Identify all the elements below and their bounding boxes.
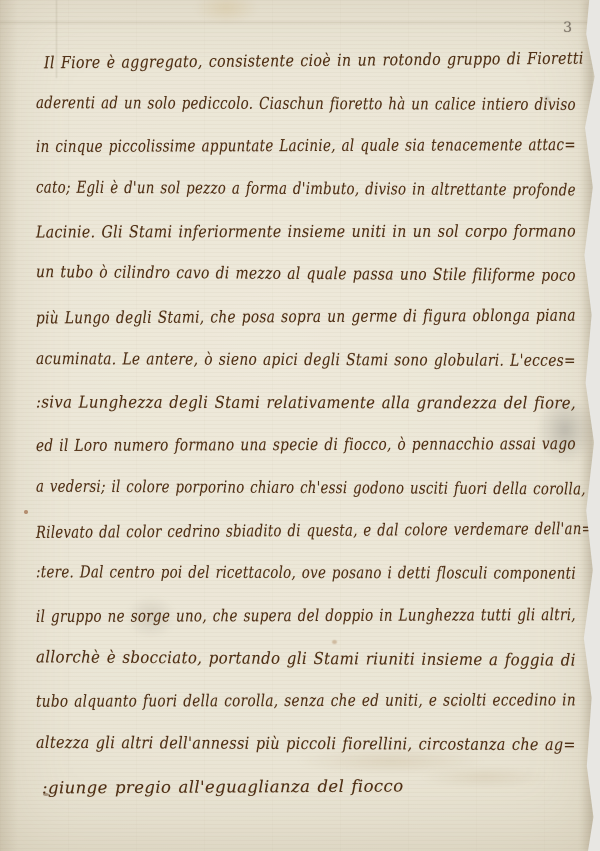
manuscript-line: il gruppo ne sorge uno, che supera del d… [36, 594, 580, 639]
manuscript-line: tubo alquanto fuori della corolla, senza… [36, 680, 580, 724]
manuscript-line: in cinque piccolissime appuntate Lacinie… [36, 124, 580, 169]
page-number: 3 [563, 20, 572, 36]
manuscript-line-text: allorchè è sbocciato, portando gli Stami… [36, 636, 576, 682]
paper-sheet: 3 Il Fiore è aggregato, consistente cioè… [0, 0, 600, 851]
manuscript-line: a vedersi; il colore porporino chiaro ch… [36, 465, 580, 511]
manuscript-line-text: Rilevato dal color cedrino sbiadito di q… [36, 508, 593, 555]
manuscript-line-text: aderenti ad un solo pediccolo. Ciaschun … [36, 82, 576, 127]
manuscript-line-text: a vedersi; il colore porporino chiaro ch… [36, 465, 586, 511]
manuscript-line: ed il Loro numero formano una specie di … [36, 423, 580, 468]
manuscript-line: allorchè è sbocciato, portando gli Stami… [36, 636, 580, 682]
manuscript-line-text: cato; Egli è d'un sol pezzo a forma d'im… [36, 167, 576, 213]
paper-left-shadow [0, 0, 18, 851]
manuscript-line-text: il gruppo ne sorge uno, che supera del d… [36, 594, 576, 639]
manuscript-line: altezza gli altri dell'annessi più picco… [36, 722, 580, 767]
manuscript-line: :tere. Dal centro poi del ricettacolo, o… [36, 552, 580, 596]
manuscript-line-text: altezza gli altri dell'annessi più picco… [36, 722, 576, 767]
manuscript-line: aderenti ad un solo pediccolo. Ciaschun … [36, 82, 580, 127]
manuscript-line-text: :siva Lunghezza degli Stami relativament… [36, 381, 576, 425]
manuscript-scan: 3 Il Fiore è aggregato, consistente cioè… [0, 0, 600, 851]
manuscript-line: Rilevato dal color cedrino sbiadito di q… [36, 508, 580, 554]
fox-speck [24, 510, 28, 514]
manuscript-line: :giunge pregio all'eguaglianza del fiocc… [36, 764, 580, 810]
manuscript-line-text: tubo alquanto fuori della corolla, senza… [36, 680, 576, 724]
manuscript-line-text: acuminata. Le antere, ò sieno apici degl… [36, 338, 576, 383]
manuscript-line: :siva Lunghezza degli Stami relativament… [36, 381, 580, 425]
manuscript-line: un tubo ò cilindro cavo di mezzo al qual… [36, 252, 580, 298]
stain-top [194, 0, 258, 24]
manuscript-line: più Lungo degli Stami, che posa sopra un… [36, 295, 580, 341]
manuscript-line-text: un tubo ò cilindro cavo di mezzo al qual… [36, 252, 576, 298]
manuscript-line-text: :tere. Dal centro poi del ricettacolo, o… [36, 552, 576, 596]
manuscript-line-text: Il Fiore è aggregato, consistente cioè i… [44, 38, 584, 85]
manuscript-line-text: Lacinie. Gli Stami inferiormente insieme… [36, 210, 576, 254]
paper-deckle-edge-shadow [580, 0, 594, 851]
paper-crease-horizontal [0, 22, 600, 23]
manuscript-line: Il Fiore è aggregato, consistente cioè i… [36, 38, 580, 85]
manuscript-text: Il Fiore è aggregato, consistente cioè i… [36, 40, 580, 808]
manuscript-line-text: :giunge pregio all'eguaglianza del fiocc… [42, 765, 404, 810]
manuscript-line-text: più Lungo degli Stami, che posa sopra un… [36, 295, 576, 341]
manuscript-line: acuminata. Le antere, ò sieno apici degl… [36, 338, 580, 383]
manuscript-line-text: ed il Loro numero formano una specie di … [36, 423, 576, 468]
manuscript-line: cato; Egli è d'un sol pezzo a forma d'im… [36, 167, 580, 213]
manuscript-line-text: in cinque piccolissime appuntate Lacinie… [36, 124, 576, 169]
manuscript-line: Lacinie. Gli Stami inferiormente insieme… [36, 210, 580, 254]
